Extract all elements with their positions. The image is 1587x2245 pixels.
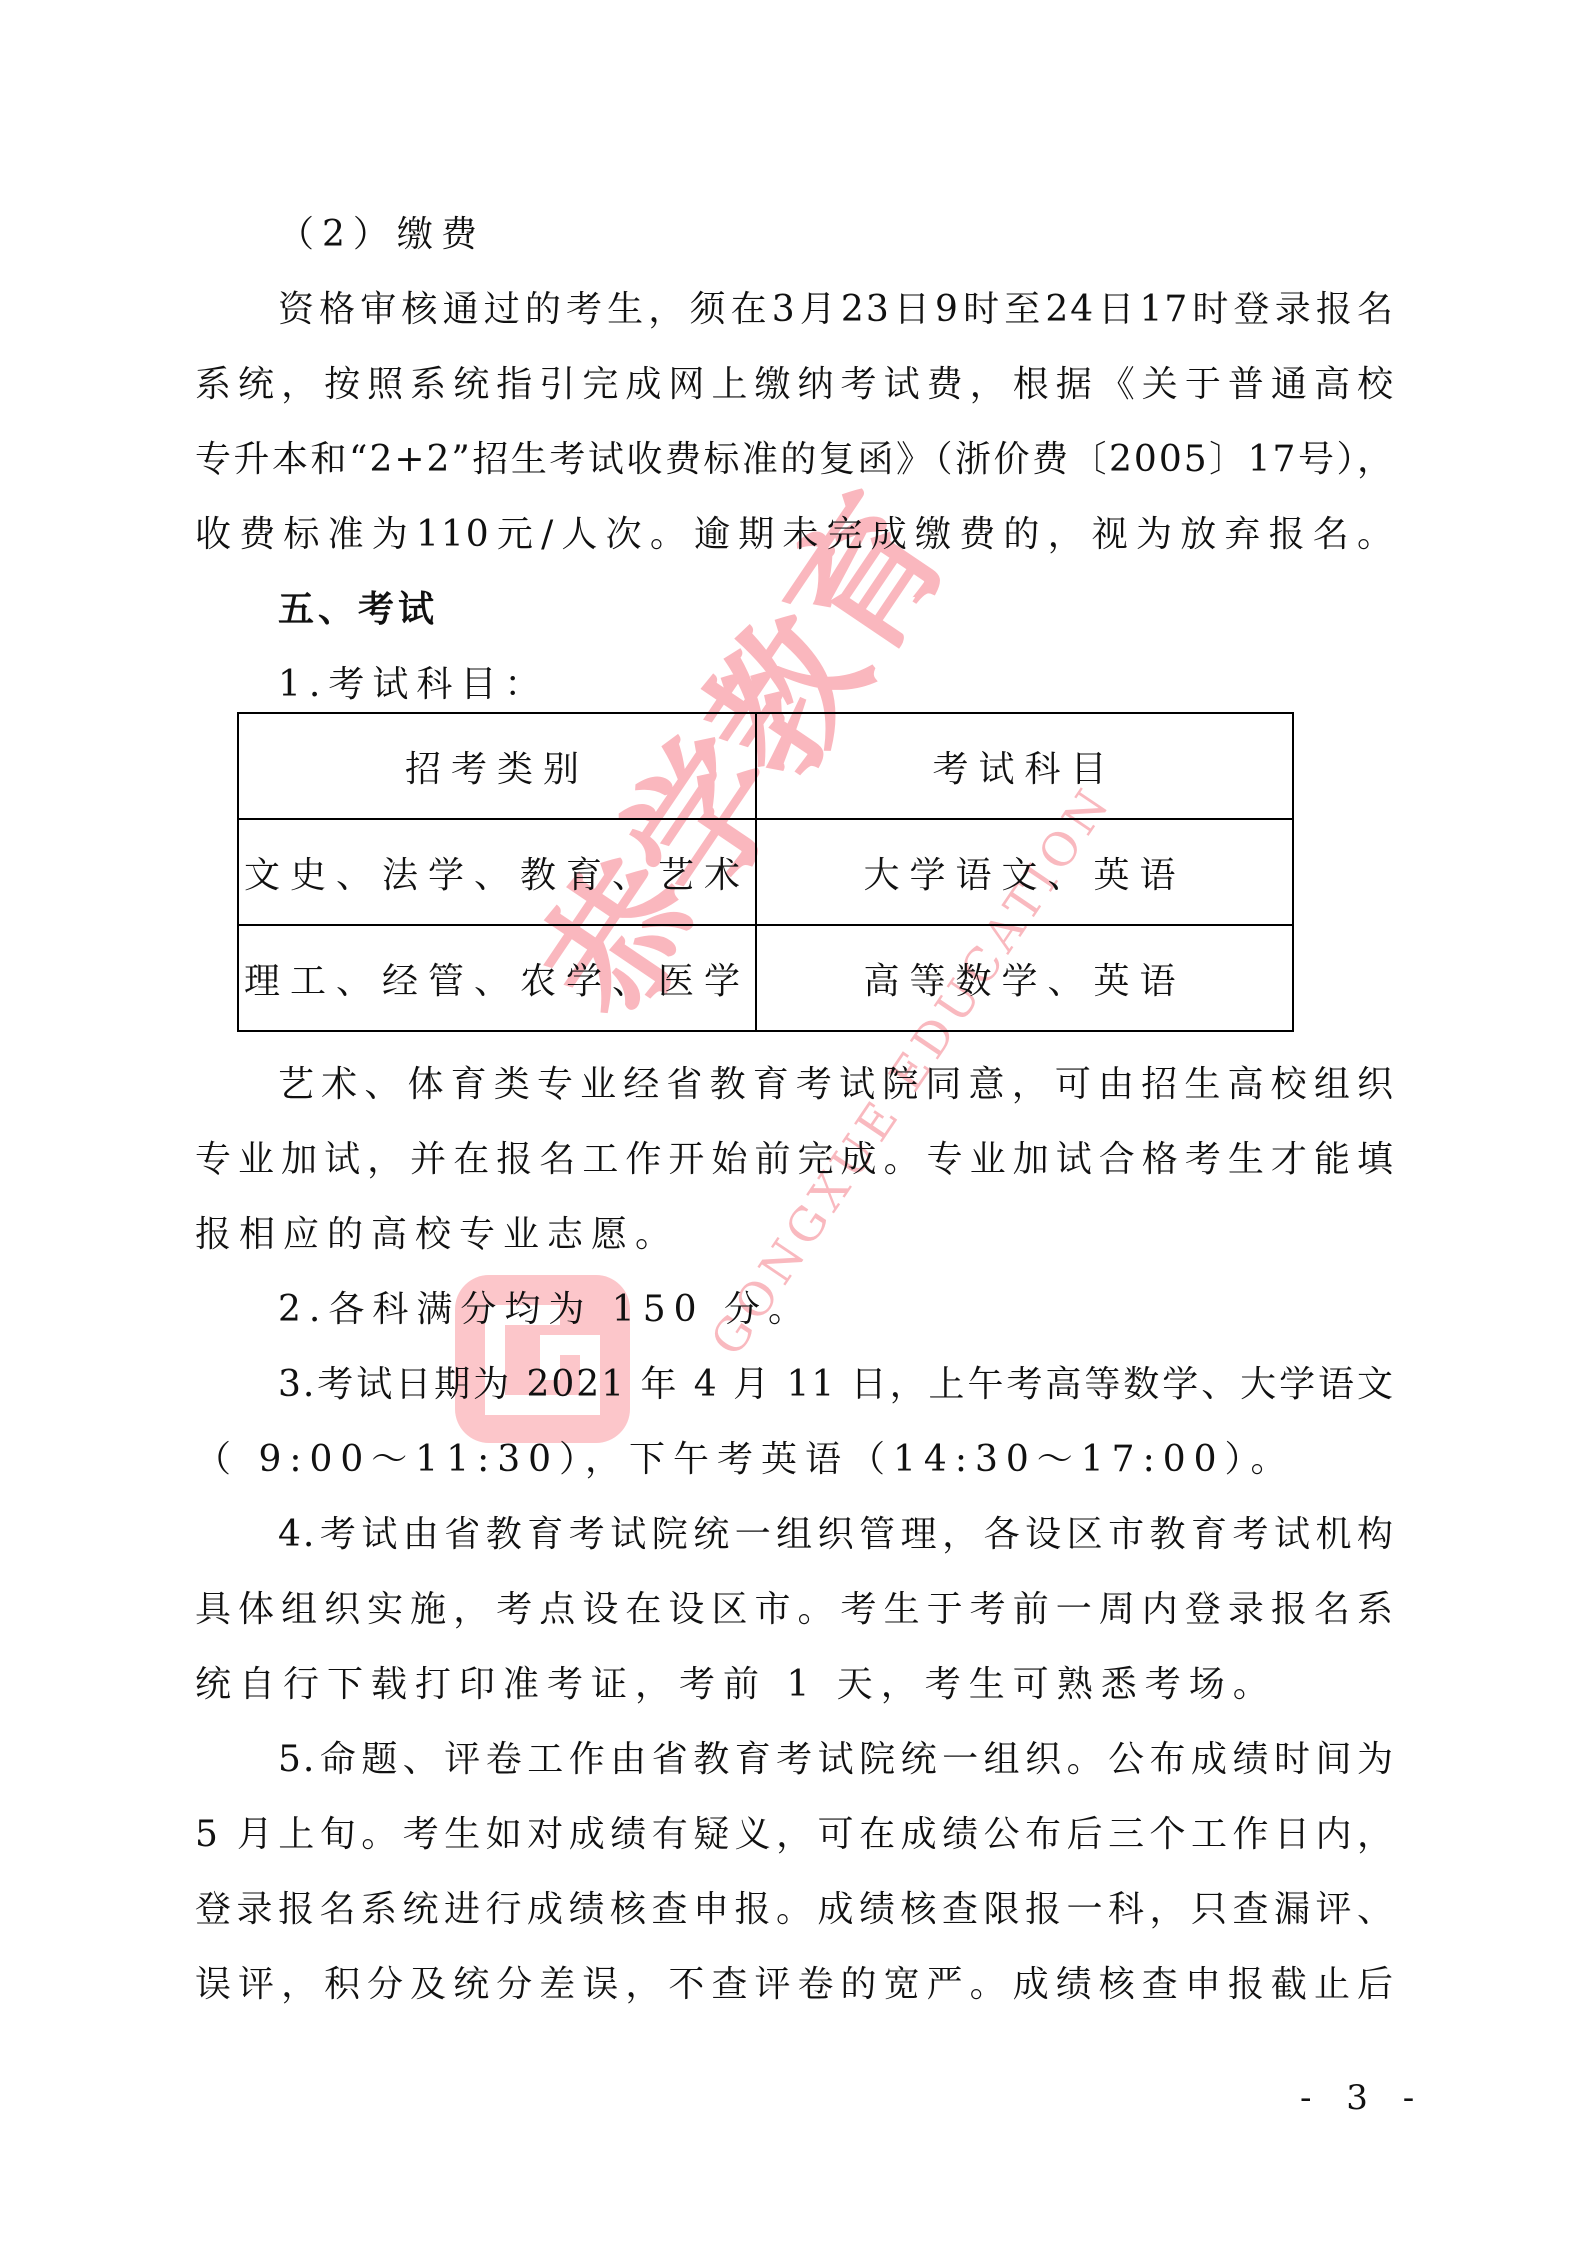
page-number: - 3 - <box>1300 2078 1426 2118</box>
table-row: 文史、法学、教育、艺术 大学语文、英语 <box>238 819 1293 925</box>
text-line: 3.考试日期为 2021 年 4 月 11 日，上午考高等数学、大学语文 <box>278 1355 1395 1415</box>
table-header-row: 招考类别 考试科目 <box>238 713 1293 819</box>
table-header-subjects: 考试科目 <box>756 713 1293 819</box>
text-line: 专业加试，并在报名工作开始前完成。专业加试合格考生才能填 <box>195 1130 1395 1190</box>
text-line: 收费标准为110元/人次。逾期未完成缴费的，视为放弃报名。 <box>195 505 1395 565</box>
table-cell-category: 文史、法学、教育、艺术 <box>238 819 756 925</box>
table-cell-subjects: 大学语文、英语 <box>756 819 1293 925</box>
text-line: 2.各科满分均为 150 分。 <box>278 1280 812 1340</box>
text-line: 系统，按照系统指引完成网上缴纳考试费，根据《关于普通高校 <box>195 355 1395 415</box>
document-page: 恭学教育 GONGXUE EDUCATION （2）缴费资格审核通过的考生，须在… <box>0 0 1587 2245</box>
text-line: 专升本和“2+2”招生考试收费标准的复函》（浙价费〔2005〕17号）， <box>195 430 1395 490</box>
table-cell-category: 理工、经管、农学、医学 <box>238 925 756 1031</box>
table-row: 理工、经管、农学、医学 高等数学、英语 <box>238 925 1293 1031</box>
text-line: 具体组织实施，考点设在设区市。考生于考前一周内登录报名系 <box>195 1580 1395 1640</box>
text-line: 1.考试科目： <box>278 655 548 715</box>
text-line: 5 月上旬。考生如对成绩有疑义，可在成绩公布后三个工作日内， <box>195 1805 1395 1865</box>
table-header-category: 招考类别 <box>238 713 756 819</box>
text-line: 艺术、体育类专业经省教育考试院同意，可由招生高校组织 <box>278 1055 1395 1115</box>
table-cell-subjects: 高等数学、英语 <box>756 925 1293 1031</box>
text-line: 登录报名系统进行成绩核查申报。成绩核查限报一科，只查漏评、 <box>195 1880 1395 1940</box>
text-line: （2）缴费 <box>278 205 485 265</box>
exam-subjects-table: 招考类别 考试科目 文史、法学、教育、艺术 大学语文、英语 理工、经管、农学、医… <box>237 712 1294 1032</box>
text-line: （ 9:00～11:30），下午考英语（14:30～17:00）。 <box>195 1430 1295 1490</box>
text-line: 误评，积分及统分差误，不查评卷的宽严。成绩核查申报截止后 <box>195 1955 1395 2015</box>
text-line: 资格审核通过的考生，须在3月23日9时至24日17时登录报名 <box>278 280 1395 340</box>
text-line: 统自行下载打印准考证，考前 1 天，考生可熟悉考场。 <box>195 1655 1277 1715</box>
text-line: 五、考试 <box>278 580 438 640</box>
text-line: 5.命题、评卷工作由省教育考试院统一组织。公布成绩时间为 <box>278 1730 1395 1790</box>
text-line: 4.考试由省教育考试院统一组织管理，各设区市教育考试机构 <box>278 1505 1395 1565</box>
text-line: 报相应的高校专业志愿。 <box>195 1205 679 1265</box>
